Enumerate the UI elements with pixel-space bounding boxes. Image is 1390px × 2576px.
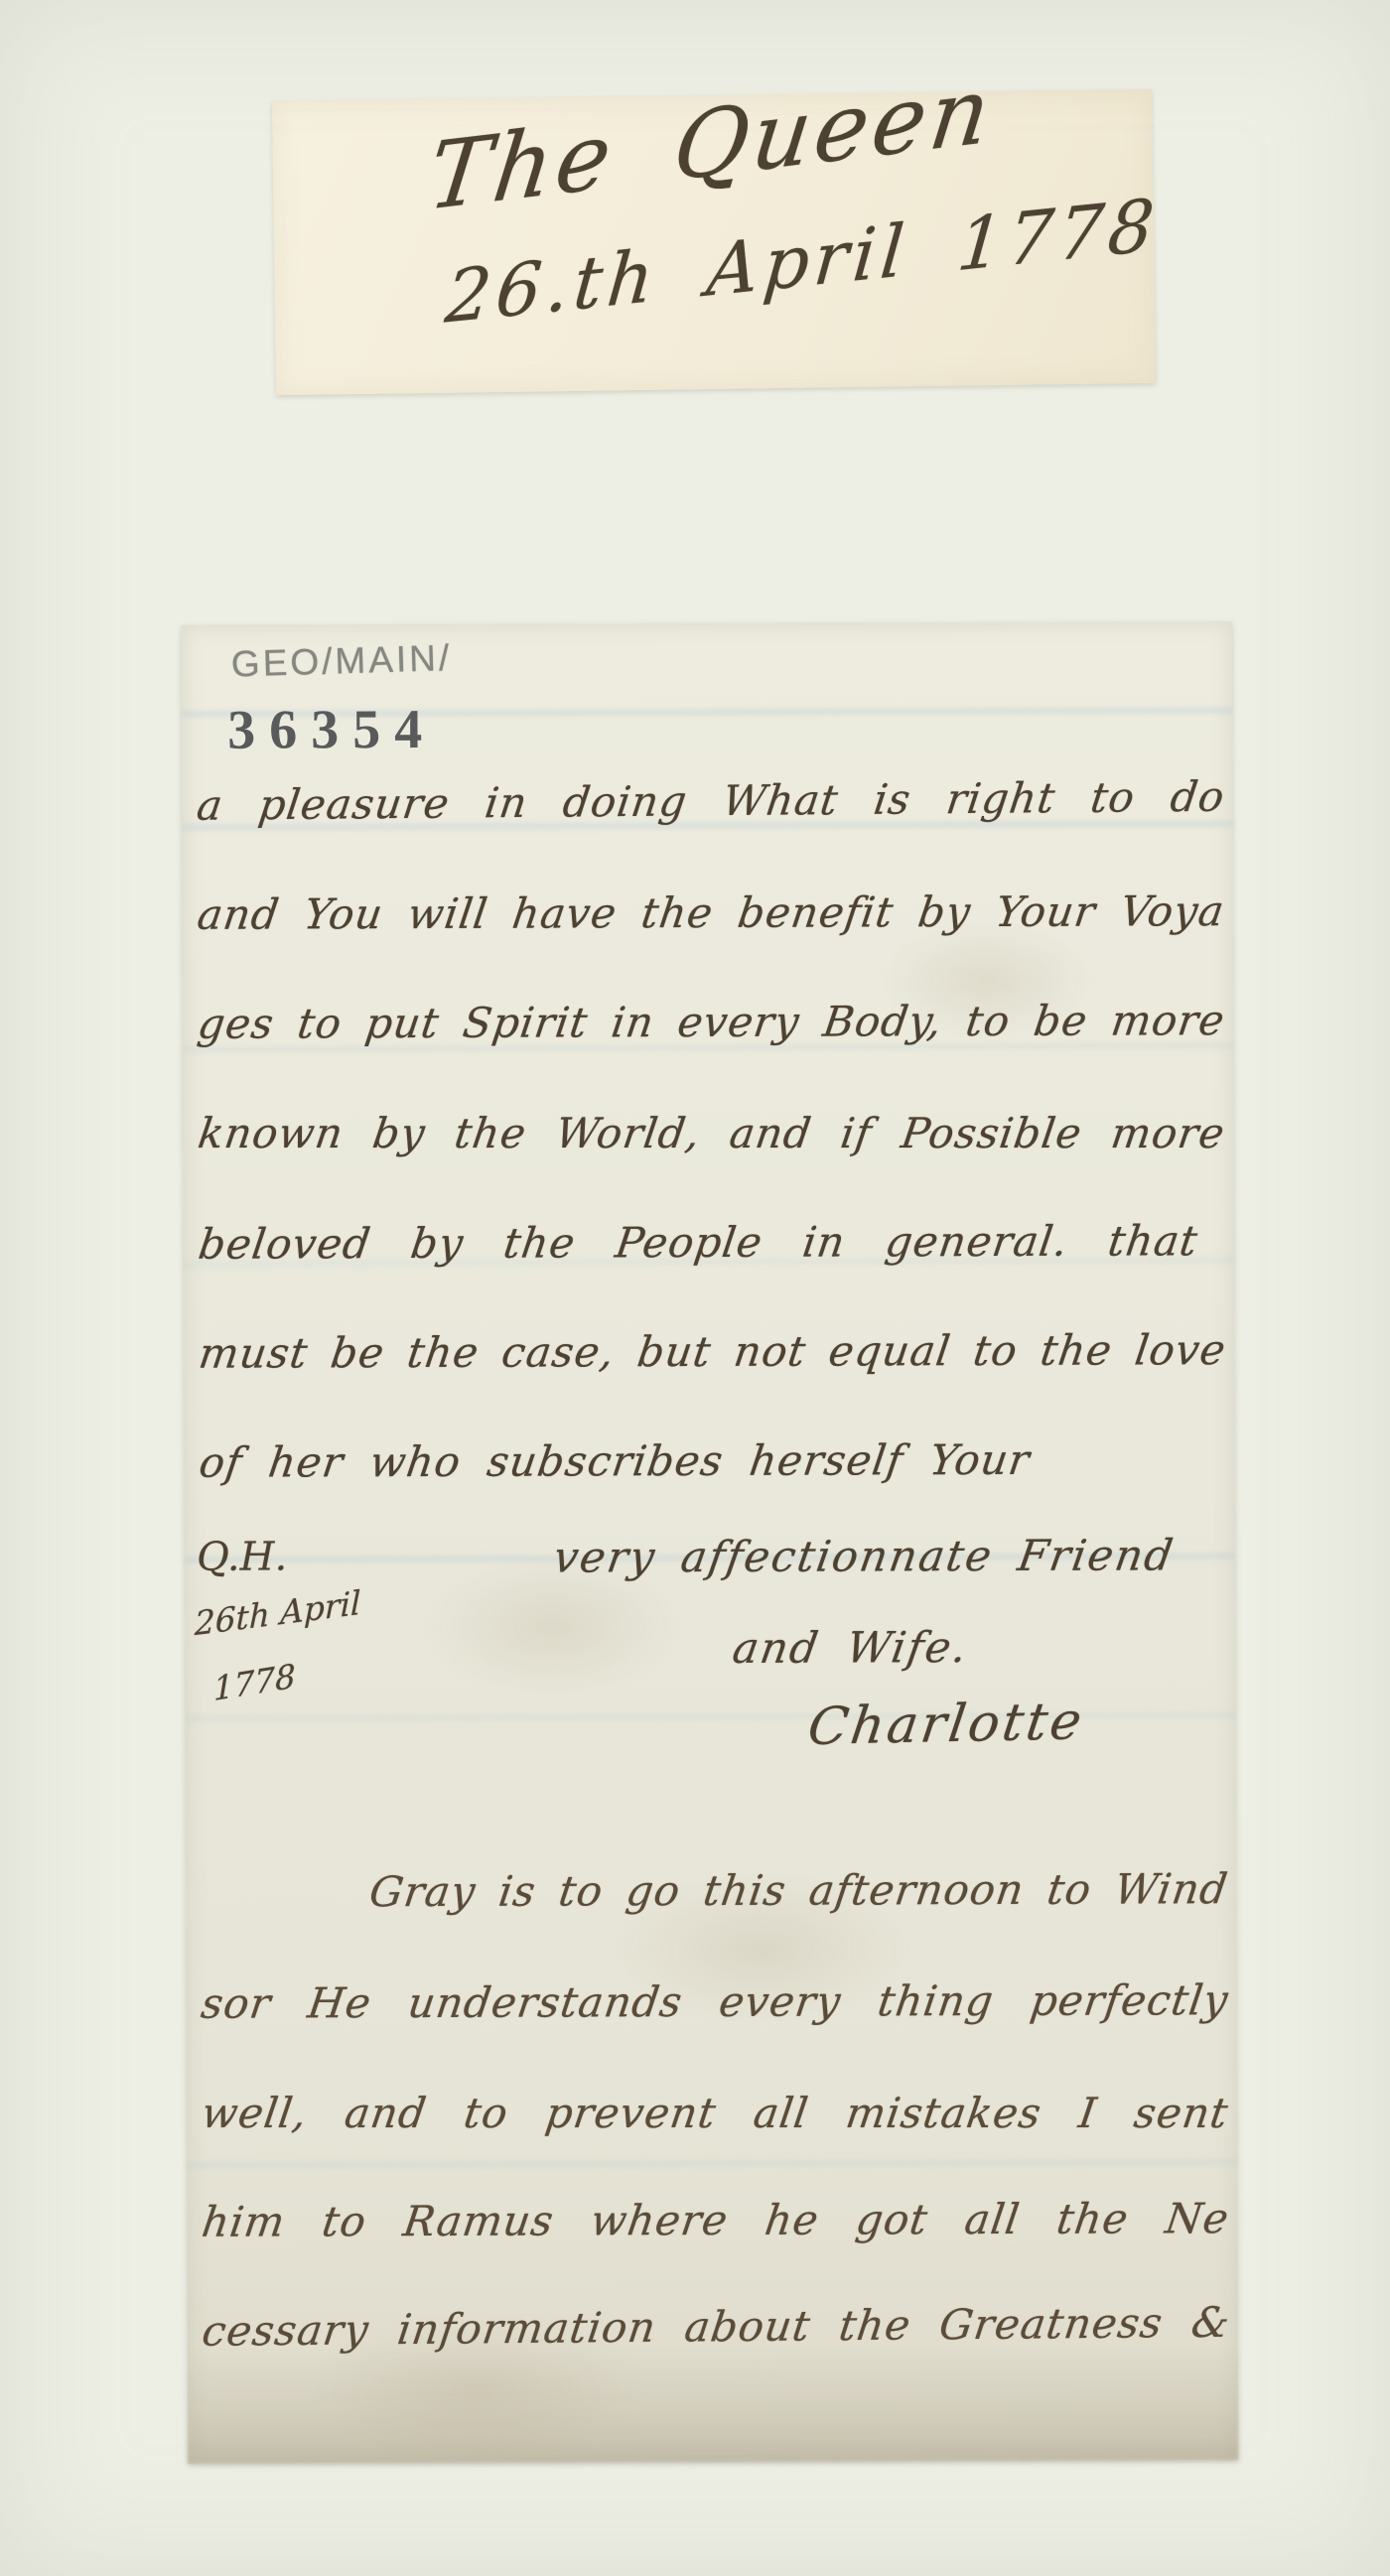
letter-page: GEO/MAIN/ 36354 a pleasure in doing What… [182, 621, 1238, 2464]
manuscript-line: sor He understands every thing perfectly [199, 1975, 1232, 2028]
manuscript-line: him to Ramus where he got all the Ne [199, 2194, 1232, 2246]
signature-charlotte: Charlotte [804, 1692, 1088, 1757]
manuscript-line: must be the case, but not equal to the l… [196, 1325, 1229, 1378]
caption-slip: The Queen 26.th April 1778 [272, 89, 1156, 395]
signoff-date-line2: 1778 [212, 1656, 296, 1708]
manuscript-line: a pleasure in doing What is right to do [194, 772, 1227, 830]
signoff-closing-line2: and Wife. [730, 1623, 972, 1674]
manuscript-line: well, and to prevent all mistakes I sent [199, 2089, 1231, 2137]
manuscript-line: of her who subscribes herself Your [197, 1435, 1034, 1487]
signoff-closing-line1: very affectionnate Friend [550, 1531, 1178, 1582]
manuscript-line: beloved by the People in general. that [196, 1216, 1201, 1269]
archival-scan: { "caption_slip": { "line1": "The Queen"… [0, 0, 1390, 2576]
manuscript-line: and You will have the benefit by Your Vo… [195, 886, 1228, 939]
signoff-place-initials: Q.H. [197, 1534, 287, 1579]
folio-number-stamp: 36354 [227, 698, 436, 762]
archival-reference-pencil: GEO/MAIN/ [230, 637, 452, 686]
caption-slip-title: The Queen [423, 56, 1000, 231]
signoff-date-line1: 26th April [195, 1583, 361, 1644]
paper-band [187, 2158, 1237, 2169]
manuscript-line: Gray is to go this afternoon to Wind [366, 1864, 1231, 1916]
manuscript-line: cessary information about the Greatness … [200, 2298, 1233, 2356]
manuscript-line: known by the World, and if Possible more [196, 1109, 1228, 1157]
manuscript-line: ges to put Spirit in every Body, to be m… [195, 996, 1228, 1048]
